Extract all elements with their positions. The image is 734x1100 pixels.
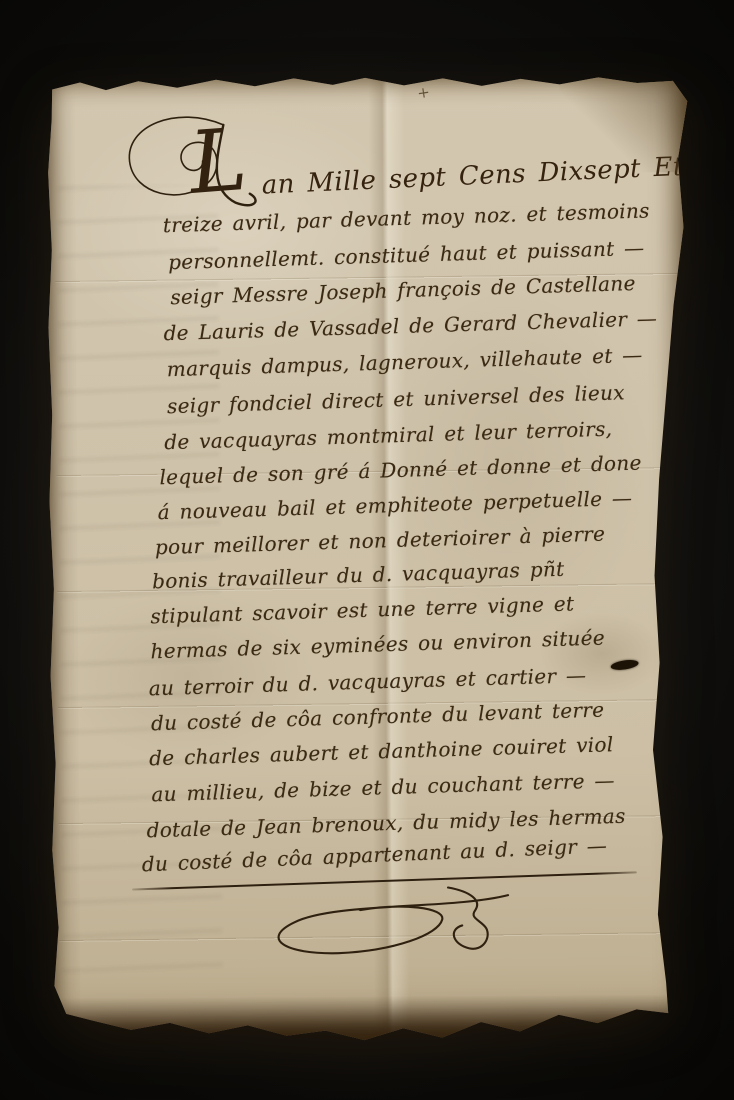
manuscript-line: á nouveau bail et emphiteote perpetuelle…: [157, 486, 632, 524]
photo-background: { "scene": { "background_color": "#0b0a0…: [0, 0, 734, 1100]
manuscript-line: marquis dampus, lagneroux, villehaute et…: [166, 343, 642, 382]
ink-blot: [610, 658, 639, 671]
manuscript-line: stipulant scavoir est une terre vigne et: [150, 591, 575, 628]
manuscript-line: de vacquayras montmiral et leur terroirs…: [164, 417, 613, 455]
manuscript-line: au terroir du d. vacquayras et cartier —: [148, 663, 586, 700]
manuscript-page: + L an Mille sept Cens Dixsept Et Le tre…: [41, 72, 695, 1044]
manuscript-photo: + L an Mille sept Cens Dixsept Et Le tre…: [0, 0, 734, 1100]
manuscript-line: de Lauris de Vassadel de Gerard Chevalie…: [163, 306, 657, 345]
calligraphic-initial: L: [186, 117, 249, 207]
manuscript-line: du costé de côa confronte du levant terr…: [151, 697, 605, 735]
manuscript-line: hermas de six eyminées ou environ située: [150, 625, 605, 663]
manuscript-line: pour meillorer et non deterioirer à pier…: [155, 522, 606, 560]
manuscript-line: au millieu, de bize et du couchant terre…: [151, 768, 615, 806]
manuscript-line: seigr fondciel direct et universel des l…: [167, 380, 625, 418]
notary-paraph-flourish-icon: [242, 885, 523, 971]
opening-line-text: an Mille sept Cens Dixsept Et Le: [261, 150, 730, 201]
manuscript-line: de charles aubert et danthoine couiret v…: [149, 732, 614, 770]
burnt-bottom-edge: [47, 994, 695, 1044]
manuscript-line: bonis travailleur du d. vacquayras pñt: [152, 557, 565, 594]
cross-mark: +: [416, 83, 431, 103]
manuscript-line: lequel de son gré á Donné et donne et do…: [159, 451, 642, 490]
